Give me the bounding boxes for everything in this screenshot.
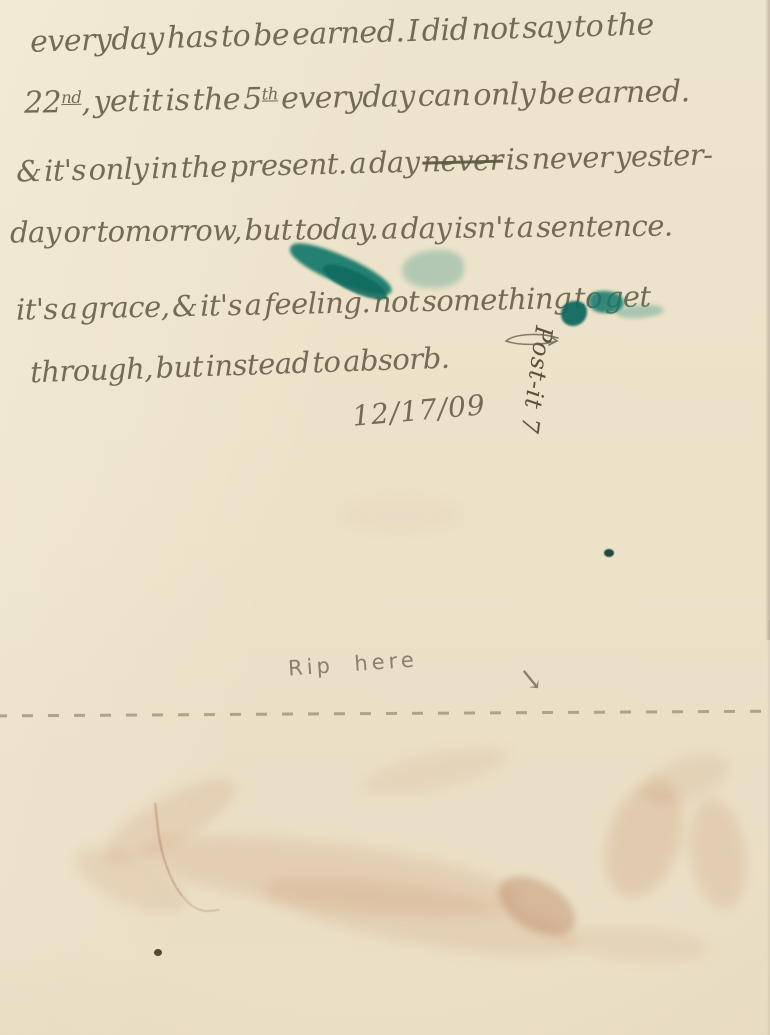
handwriting-segment: , yet it is the 5 [81, 82, 262, 120]
pencil-doodle-arrow-icon [500, 330, 564, 350]
handwriting-line: 22nd, yet it is the 5th everyday can onl… [24, 74, 690, 121]
pastel-smudge-bottom [559, 921, 711, 967]
handwriting-line: day or tomorrow, but today. a day isn't … [10, 209, 673, 250]
handwriting-segment: is never yester- [503, 137, 713, 176]
handwriting-segment: everyday can only be earned. [278, 74, 690, 116]
paper-note: everyday has to be earned. I did not say… [0, 0, 770, 1035]
pastel-smudge-pink [335, 496, 465, 532]
pastel-smudge-right [682, 795, 753, 914]
pastel-smudge-wisp [358, 738, 512, 804]
handwriting-line: through, but instead to absorb. [30, 341, 450, 390]
pencil-speck-dot [154, 949, 162, 956]
handwriting-segment: through, but instead to absorb. [30, 341, 450, 390]
rip-here-label: Rip here [287, 648, 418, 681]
handwriting-segment-strike: never [422, 143, 504, 179]
teal-paint-dot [604, 549, 614, 557]
tear-dashed-line [0, 710, 770, 718]
handwriting-line: everyday has to be earned. I did not say… [30, 7, 655, 59]
handwriting-segment: it's a grace, & it's a feeling. not some… [16, 279, 651, 326]
handwriting-segment-sup: nd [61, 88, 82, 107]
date-text: 12/17/09 [351, 388, 487, 433]
teal-paint-smudge-faint [402, 250, 464, 288]
handwriting-segment: 22 [24, 85, 62, 121]
handwriting-line: it's a grace, & it's a feeling. not some… [16, 279, 651, 326]
handwriting-segment: & it's only in the present. a day [16, 145, 423, 189]
handwriting-segment: day or tomorrow, but today. a day isn't … [10, 209, 673, 250]
rip-arrow-icon: ↘ [516, 661, 545, 698]
paper-edge-shadow [765, 0, 770, 640]
handwriting-segment: everyday has to be earned. I did not say… [30, 7, 655, 59]
teal-paint-spot [561, 301, 587, 326]
handwriting-segment-sup: th [261, 84, 278, 103]
handwriting-line: & it's only in the present. a day never … [16, 137, 713, 188]
